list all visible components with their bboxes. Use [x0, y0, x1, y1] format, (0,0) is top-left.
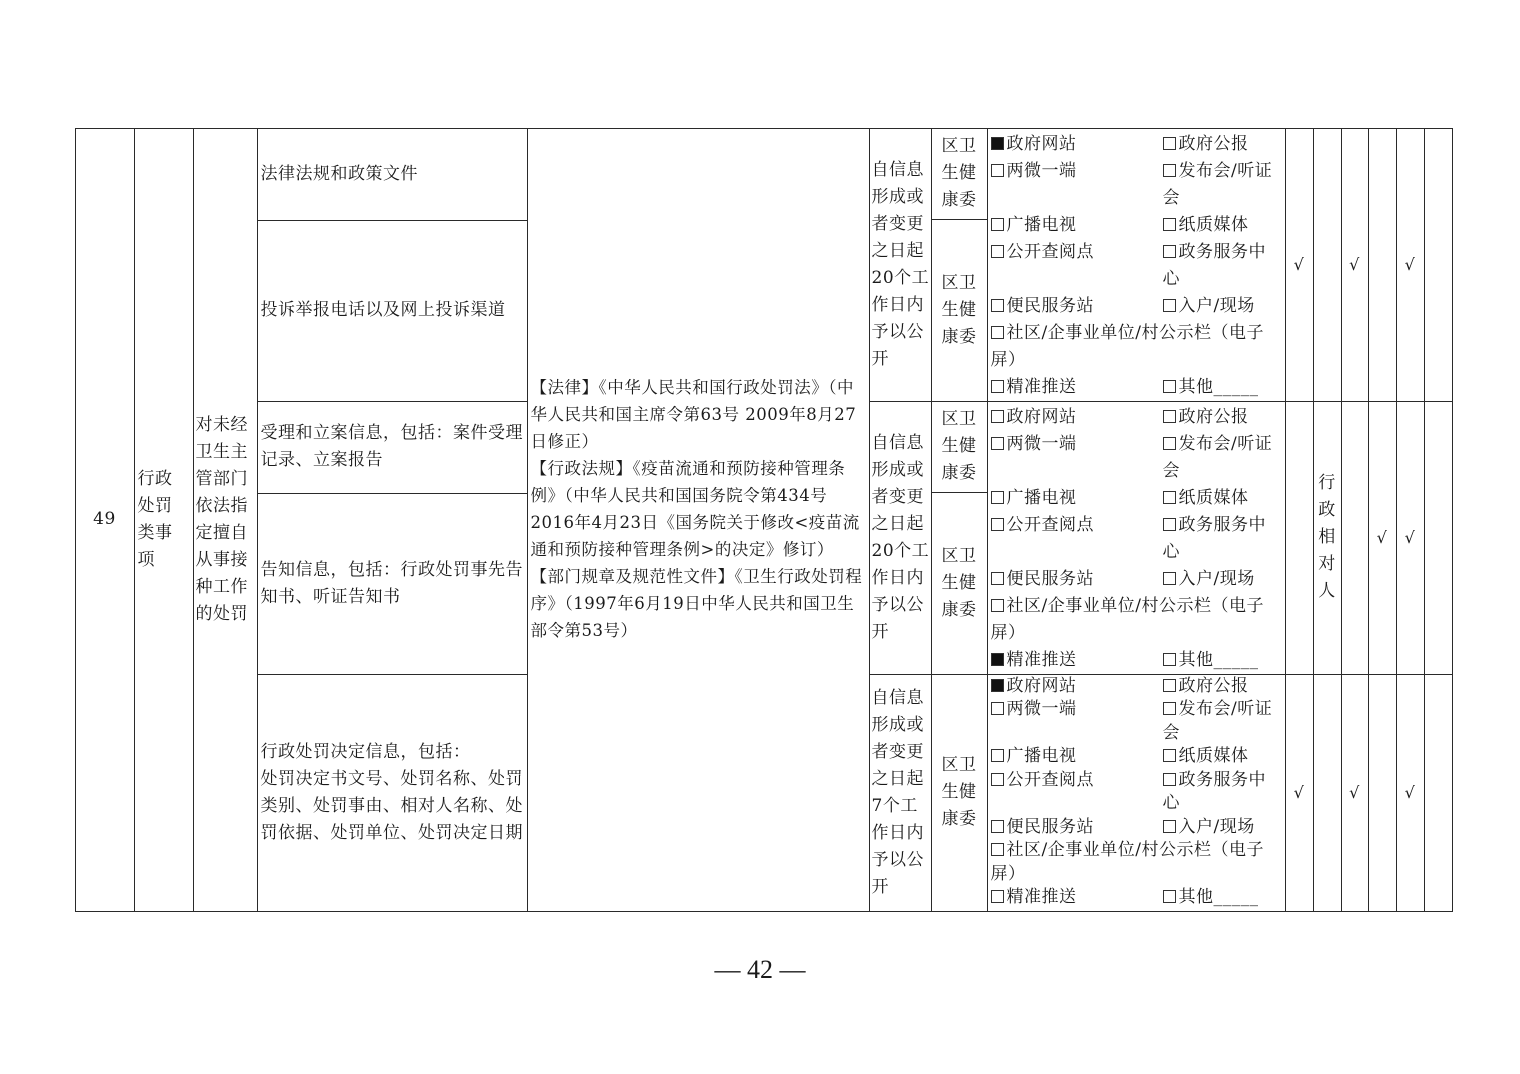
- mark-text: 行政相对人: [1318, 470, 1336, 605]
- checkbox-empty-icon[interactable]: [991, 410, 1004, 423]
- checkbox-empty-icon[interactable]: [991, 380, 1004, 393]
- mark-cell: √: [1341, 128, 1369, 402]
- checkmark-icon: √: [1405, 251, 1416, 278]
- checkbox-empty-icon[interactable]: [1163, 245, 1176, 258]
- subject-text: 区卫生健康委: [938, 752, 980, 833]
- channel-label: 发布会/听证会: [1163, 699, 1273, 743]
- checkbox-empty-icon[interactable]: [1163, 137, 1176, 150]
- channel-option[interactable]: 便民服务站: [991, 293, 1163, 320]
- mark-cell: √: [1285, 674, 1314, 912]
- timeline-cell: 自信息形成或者变更之日起20个工作日内予以公开: [869, 401, 932, 675]
- channel-option[interactable]: 政务服务中心: [1163, 512, 1283, 566]
- checkbox-empty-icon[interactable]: [991, 890, 1004, 903]
- channel-option[interactable]: 社区/企事业单位/村公示栏（电子屏）: [991, 593, 1283, 647]
- channel-option[interactable]: 两微一端: [991, 698, 1163, 745]
- channel-label: 纸质媒体: [1179, 215, 1249, 235]
- channel-label: 两微一端: [1007, 434, 1077, 454]
- category-cell: 行政处罚类事项: [134, 128, 194, 912]
- channel-label: 广播电视: [1007, 746, 1077, 766]
- content-cell: 受理和立案信息，包括：案件受理记录、立案报告: [257, 401, 528, 494]
- channel-option[interactable]: 两微一端: [991, 431, 1163, 485]
- content-cell: 法律法规和政策文件: [257, 128, 528, 221]
- mark-cell: √: [1341, 674, 1369, 912]
- channel-option[interactable]: 广播电视: [991, 485, 1163, 512]
- checkbox-empty-icon[interactable]: [991, 437, 1004, 450]
- channel-option[interactable]: 便民服务站: [991, 816, 1163, 840]
- channel-label: 公开查阅点: [1007, 515, 1095, 535]
- mark-cell: [1368, 128, 1397, 402]
- item-text: 对未经卫生主管部门依法指定擅自从事接种工作的处罚: [194, 412, 256, 628]
- basis-law: 【法律】《中华人民共和国行政处罚法》（中华人民共和国主席令第63号 2009年8…: [531, 374, 866, 455]
- mark-cell: 行政相对人: [1313, 401, 1342, 675]
- checkbox-empty-icon[interactable]: [1163, 820, 1176, 833]
- basis-cell: 【法律】《中华人民共和国行政处罚法》（中华人民共和国主席令第63号 2009年8…: [527, 128, 870, 912]
- mark-cell: [1368, 674, 1397, 912]
- checkmark-icon: √: [1349, 251, 1360, 278]
- channel-option[interactable]: 入户/现场: [1163, 566, 1283, 593]
- page-number: — 42 —: [0, 955, 1520, 985]
- checkbox-empty-icon[interactable]: [1163, 890, 1176, 903]
- channel-option[interactable]: 政务服务中心: [1163, 769, 1283, 816]
- channel-label: 其他_____: [1179, 650, 1259, 670]
- checkbox-empty-icon[interactable]: [991, 245, 1004, 258]
- channel-label: 入户/现场: [1179, 817, 1255, 837]
- content-text: 受理和立案信息，包括：案件受理记录、立案报告: [258, 420, 527, 474]
- channel-option[interactable]: 其他_____: [1163, 886, 1283, 910]
- subject-text: 区卫生健康委: [938, 406, 980, 487]
- content-cell: 投诉举报电话以及网上投诉渠道: [257, 220, 528, 402]
- channel-option[interactable]: 精准推送: [991, 647, 1163, 674]
- checkbox-empty-icon[interactable]: [991, 749, 1004, 762]
- channel-option[interactable]: 入户/现场: [1163, 816, 1283, 840]
- channel-option[interactable]: 纸质媒体: [1163, 745, 1283, 769]
- checkbox-empty-icon[interactable]: [1163, 679, 1176, 692]
- channel-label: 公开查阅点: [1007, 770, 1095, 790]
- checkbox-empty-icon[interactable]: [991, 773, 1004, 786]
- channel-label: 政府网站: [1007, 407, 1077, 427]
- mark-cell: [1341, 401, 1369, 675]
- mark-cell: [1313, 128, 1342, 402]
- channel-label: 入户/现场: [1179, 569, 1255, 589]
- item-cell: 对未经卫生主管部门依法指定擅自从事接种工作的处罚: [193, 128, 258, 912]
- checkbox-checked-icon[interactable]: [991, 679, 1004, 692]
- channel-option[interactable]: 公开查阅点: [991, 239, 1163, 293]
- subject-text: 区卫生健康委: [938, 133, 980, 214]
- checkbox-empty-icon[interactable]: [1163, 437, 1176, 450]
- mark-cell: √: [1396, 674, 1425, 912]
- content-text: 投诉举报电话以及网上投诉渠道: [258, 297, 509, 324]
- checkbox-empty-icon[interactable]: [991, 843, 1004, 856]
- timeline-text: 自信息形成或者变更之日起7个工作日内予以公开: [870, 685, 931, 901]
- timeline-cell: 自信息形成或者变更之日起20个工作日内予以公开: [869, 128, 932, 402]
- channel-label: 精准推送: [1007, 887, 1077, 907]
- checkbox-empty-icon[interactable]: [991, 518, 1004, 531]
- channel-label: 两微一端: [1007, 699, 1077, 719]
- checkmark-icon: √: [1349, 779, 1360, 806]
- channel-label: 便民服务站: [1007, 296, 1095, 316]
- checkmark-icon: √: [1405, 779, 1416, 806]
- mark-cell: √: [1396, 128, 1425, 402]
- mark-cell: [1424, 128, 1453, 402]
- channel-option[interactable]: 入户/现场: [1163, 293, 1283, 320]
- channel-option[interactable]: 发布会/听证会: [1163, 698, 1283, 745]
- channel-option[interactable]: 社区/企事业单位/村公示栏（电子屏）: [991, 320, 1283, 374]
- channel-option[interactable]: 政务服务中心: [1163, 239, 1283, 293]
- channel-option[interactable]: 广播电视: [991, 745, 1163, 769]
- channel-option[interactable]: 精准推送: [991, 886, 1163, 910]
- channel-label: 公开查阅点: [1007, 242, 1095, 262]
- checkbox-empty-icon[interactable]: [1163, 749, 1176, 762]
- channel-option[interactable]: 社区/企事业单位/村公示栏（电子屏）: [991, 839, 1283, 886]
- channel-label: 政务服务中心: [1163, 515, 1267, 562]
- channel-label: 社区/企事业单位/村公示栏（电子屏）: [991, 323, 1264, 370]
- subject-text: 区卫生健康委: [938, 543, 980, 624]
- channel-option[interactable]: 发布会/听证会: [1163, 158, 1283, 212]
- checkbox-empty-icon[interactable]: [1163, 702, 1176, 715]
- mark-cell: [1285, 401, 1314, 675]
- checkbox-empty-icon[interactable]: [1163, 380, 1176, 393]
- checkbox-empty-icon[interactable]: [1163, 299, 1176, 312]
- channel-option[interactable]: 公开查阅点: [991, 769, 1163, 816]
- mark-cell: [1313, 674, 1342, 912]
- channel-option[interactable]: 两微一端: [991, 158, 1163, 212]
- channel-cell: 政府网站政府公报两微一端发布会/听证会广播电视纸质媒体公开查阅点政务服务中心便民…: [987, 674, 1286, 912]
- checkbox-checked-icon[interactable]: [991, 653, 1004, 666]
- channel-option[interactable]: 其他_____: [1163, 374, 1283, 401]
- subject-cell: 区卫生健康委: [931, 674, 988, 912]
- mark-cell: √: [1368, 401, 1397, 675]
- channel-option[interactable]: 政府网站: [991, 131, 1163, 158]
- checkbox-empty-icon[interactable]: [1163, 518, 1176, 531]
- checkbox-empty-icon[interactable]: [991, 702, 1004, 715]
- channel-label: 政务服务中心: [1163, 242, 1267, 289]
- channel-label: 便民服务站: [1007, 569, 1095, 589]
- channel-option[interactable]: 纸质媒体: [1163, 212, 1283, 239]
- channel-label: 政务服务中心: [1163, 770, 1267, 814]
- row-number: 49: [93, 506, 116, 533]
- channel-option[interactable]: 精准推送: [991, 374, 1163, 401]
- channel-option[interactable]: 广播电视: [991, 212, 1163, 239]
- channel-label: 广播电视: [1007, 215, 1077, 235]
- subject-cell: 区卫生健康委: [931, 219, 988, 402]
- channel-label: 政府网站: [1007, 134, 1077, 154]
- mark-cell: √: [1285, 128, 1314, 402]
- row-number-cell: 49: [75, 128, 135, 912]
- checkbox-empty-icon[interactable]: [991, 820, 1004, 833]
- channel-label: 发布会/听证会: [1163, 161, 1273, 208]
- channel-option[interactable]: 纸质媒体: [1163, 485, 1283, 512]
- checkbox-empty-icon[interactable]: [991, 326, 1004, 339]
- checkbox-checked-icon[interactable]: [991, 137, 1004, 150]
- checkbox-empty-icon[interactable]: [1163, 653, 1176, 666]
- channel-label: 入户/现场: [1179, 296, 1255, 316]
- content-text: 法律法规和政策文件: [258, 161, 422, 188]
- content-cell: 行政处罚决定信息，包括： 处罚决定书文号、处罚名称、处罚类别、处罚事由、相对人名…: [257, 674, 528, 912]
- channel-label: 便民服务站: [1007, 817, 1095, 837]
- channel-label: 政府公报: [1179, 407, 1249, 427]
- channel-label: 两微一端: [1007, 161, 1077, 181]
- checkmark-icon: √: [1294, 251, 1305, 278]
- channel-label: 发布会/听证会: [1163, 434, 1273, 481]
- subject-cell: 区卫生健康委: [931, 401, 988, 493]
- checkbox-empty-icon[interactable]: [1163, 218, 1176, 231]
- channel-label: 精准推送: [1007, 650, 1077, 670]
- checkmark-icon: √: [1294, 779, 1305, 806]
- channel-label: 纸质媒体: [1179, 746, 1249, 766]
- checkbox-empty-icon[interactable]: [991, 599, 1004, 612]
- channel-label: 政府公报: [1179, 676, 1249, 696]
- mark-cell: [1424, 401, 1453, 675]
- content-text: 行政处罚决定信息，包括： 处罚决定书文号、处罚名称、处罚类别、处罚事由、相对人名…: [258, 739, 527, 847]
- channel-cell: 政府网站政府公报两微一端发布会/听证会广播电视纸质媒体公开查阅点政务服务中心便民…: [987, 401, 1286, 675]
- channel-option[interactable]: 其他_____: [1163, 647, 1283, 674]
- channel-label: 政府网站: [1007, 676, 1077, 696]
- channel-label: 其他_____: [1179, 377, 1259, 397]
- channel-label: 社区/企事业单位/村公示栏（电子屏）: [991, 596, 1264, 643]
- channel-label: 广播电视: [1007, 488, 1077, 508]
- channel-option[interactable]: 便民服务站: [991, 566, 1163, 593]
- checkbox-empty-icon[interactable]: [991, 491, 1004, 504]
- checkbox-empty-icon[interactable]: [1163, 491, 1176, 504]
- channel-label: 政府公报: [1179, 134, 1249, 154]
- checkbox-empty-icon[interactable]: [991, 572, 1004, 585]
- checkbox-empty-icon[interactable]: [991, 299, 1004, 312]
- timeline-text: 自信息形成或者变更之日起20个工作日内予以公开: [870, 157, 931, 373]
- channel-option[interactable]: 政府公报: [1163, 675, 1283, 699]
- checkbox-empty-icon[interactable]: [1163, 572, 1176, 585]
- checkbox-empty-icon[interactable]: [991, 218, 1004, 231]
- checkbox-empty-icon[interactable]: [1163, 773, 1176, 786]
- channel-label: 精准推送: [1007, 377, 1077, 397]
- checkbox-empty-icon[interactable]: [991, 164, 1004, 177]
- channel-option[interactable]: 政府公报: [1163, 131, 1283, 158]
- mark-cell: [1424, 674, 1453, 912]
- mark-cell: √: [1396, 401, 1425, 675]
- checkbox-empty-icon[interactable]: [1163, 164, 1176, 177]
- timeline-text: 自信息形成或者变更之日起20个工作日内予以公开: [870, 430, 931, 646]
- subject-cell: 区卫生健康委: [931, 128, 988, 220]
- category-text: 行政处罚类事项: [135, 466, 193, 574]
- channel-label: 其他_____: [1179, 887, 1259, 907]
- checkmark-icon: √: [1377, 524, 1388, 551]
- channel-option[interactable]: 公开查阅点: [991, 512, 1163, 566]
- content-text: 告知信息，包括：行政处罚事先告知书、听证告知书: [258, 557, 527, 611]
- subject-cell: 区卫生健康委: [931, 492, 988, 675]
- channel-option[interactable]: 发布会/听证会: [1163, 431, 1283, 485]
- timeline-cell: 自信息形成或者变更之日起7个工作日内予以公开: [869, 674, 932, 912]
- channel-option[interactable]: 政府网站: [991, 675, 1163, 699]
- basis-rules: 【部门规章及规范性文件】《卫生行政处罚程序》（1997年6月19日中华人民共和国…: [531, 563, 866, 644]
- channel-option[interactable]: 政府公报: [1163, 404, 1283, 431]
- channel-cell: 政府网站政府公报两微一端发布会/听证会广播电视纸质媒体公开查阅点政务服务中心便民…: [987, 128, 1286, 402]
- checkbox-empty-icon[interactable]: [1163, 410, 1176, 423]
- content-cell: 告知信息，包括：行政处罚事先告知书、听证告知书: [257, 493, 528, 675]
- subject-text: 区卫生健康委: [938, 270, 980, 351]
- channel-label: 社区/企事业单位/村公示栏（电子屏）: [991, 840, 1264, 884]
- basis-regulation: 【行政法规】《疫苗流通和预防接种管理条例》（中华人民共和国国务院令第434号 2…: [531, 455, 866, 563]
- channel-option[interactable]: 政府网站: [991, 404, 1163, 431]
- checkmark-icon: √: [1405, 524, 1416, 551]
- channel-label: 纸质媒体: [1179, 488, 1249, 508]
